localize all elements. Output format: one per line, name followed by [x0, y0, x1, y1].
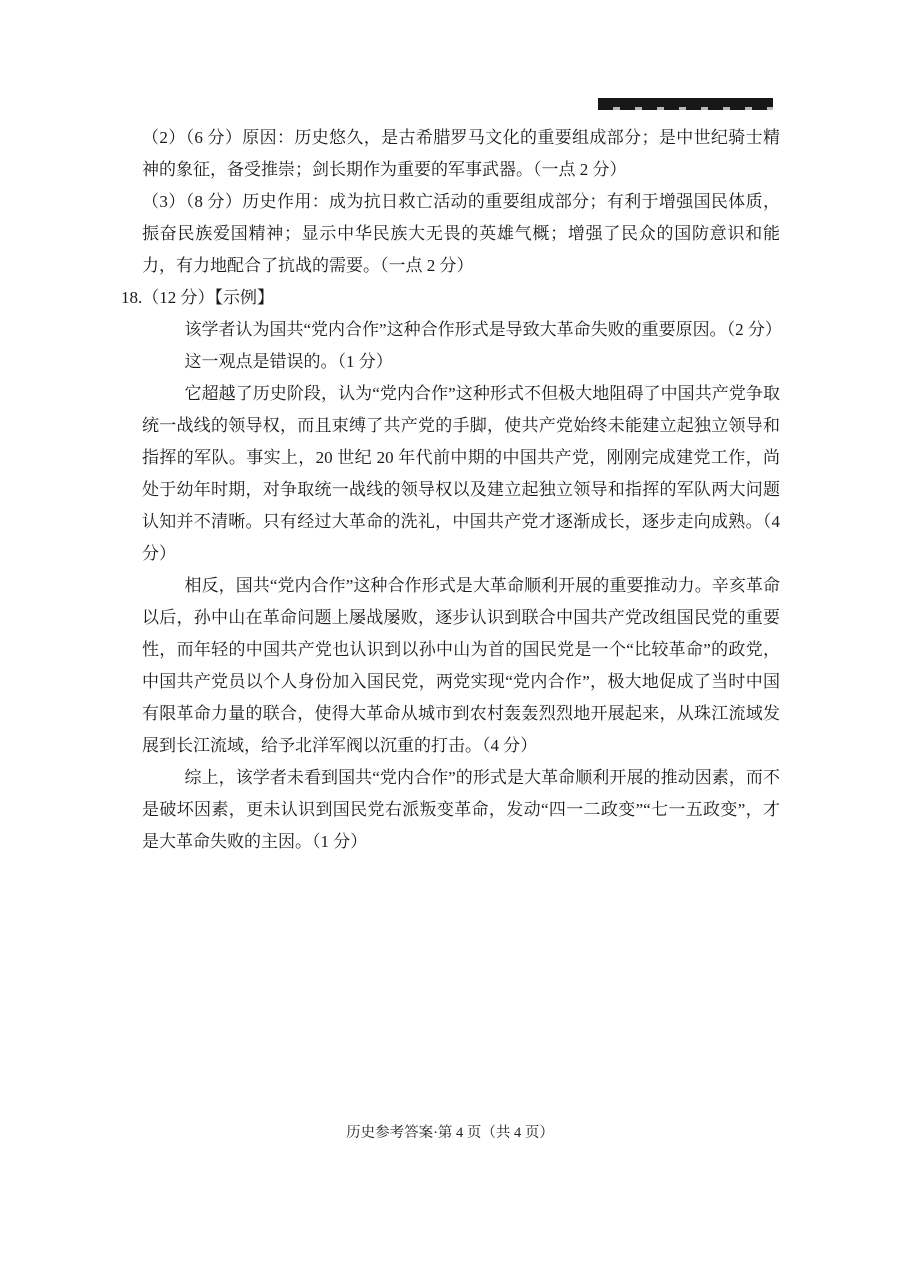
item18-paragraph-judgement: 这一观点是错误的。（1 分） [142, 346, 780, 378]
answer-key-page: （2）（6 分）原因：历史悠久，是古希腊罗马文化的重要组成部分；是中世纪骑士精神… [0, 0, 900, 1273]
item18-paragraph-argument-1: 它超越了历史阶段，认为“党内合作”这种形式不但极大地阻碍了中国共产党争取统一战线… [142, 378, 780, 570]
answer-item-18-header: 18.（12 分）【示例】 [121, 282, 780, 314]
answer-item-2: （2）（6 分）原因：历史悠久，是古希腊罗马文化的重要组成部分；是中世纪骑士精神… [142, 122, 780, 186]
page-footer-text: 历史参考答案·第 4 页（共 4 页） [346, 1125, 554, 1141]
scan-registration-mark [598, 98, 773, 110]
item18-paragraph-conclusion: 综上，该学者未看到国共“党内合作”的形式是大革命顺利开展的推动因素，而不是破坏因… [142, 762, 780, 858]
item18-paragraph-viewpoint: 该学者认为国共“党内合作”这种合作形式是导致大革命失败的重要原因。（2 分） [142, 314, 780, 346]
answer-content: （2）（6 分）原因：历史悠久，是古希腊罗马文化的重要组成部分；是中世纪骑士精神… [142, 122, 780, 858]
page-footer: 历史参考答案·第 4 页（共 4 页） [0, 1120, 900, 1146]
answer-item-3: （3）（8 分）历史作用：成为抗日救亡活动的重要组成部分；有利于增强国民体质，振… [142, 186, 780, 282]
item18-paragraph-argument-2: 相反，国共“党内合作”这种合作形式是大革命顺利开展的重要推动力。辛亥革命以后，孙… [142, 570, 780, 762]
